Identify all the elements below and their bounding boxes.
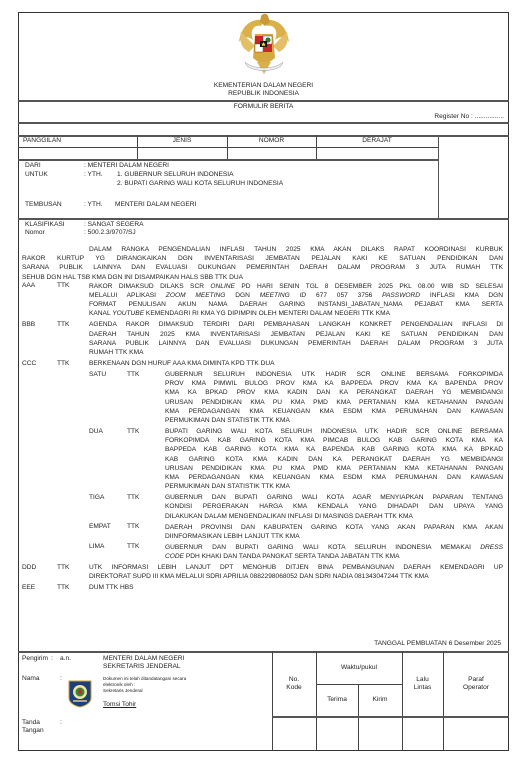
subpoint-code: DUA	[89, 428, 103, 436]
tembusan-prefix: : YTH.	[84, 201, 103, 209]
subpoint-line: URUSAN PENDIDIKAN KMA PU KMA PMD KMA PER…	[165, 464, 503, 473]
point-line: DAERAH TAHUN 2025 KMA INVENTARISASI JEMB…	[89, 330, 503, 339]
kirim-header: Kirim	[358, 696, 402, 704]
subpoint-line: GUBERNUR DAN BUPATI GARING WALI KOTA AGA…	[165, 493, 503, 502]
divider	[227, 135, 228, 159]
point-code: CCC	[22, 360, 36, 368]
point-line: RAKOR DIMAKSUD DILAKS SCR ONLINE PD HARI…	[89, 282, 503, 291]
pengirim-colon: :	[51, 655, 53, 663]
date-line: TANGGAL PEMBUATAN 6 Desember 2025	[374, 640, 501, 648]
subpoint-line: KONDISI PERGERAKAN HARGA KMA KENDALA YAN…	[165, 502, 503, 511]
point-sep: TTK	[57, 564, 69, 572]
subpoint-line: KAB GARING KOTA KMA KADIN DAN KA PERANGK…	[165, 455, 503, 464]
untuk-label: UNTUK	[25, 171, 48, 179]
esign-line3: Sekretaris Jenderal	[103, 688, 143, 694]
divider	[316, 135, 317, 159]
dari-label: DARI	[25, 162, 41, 170]
kemendagri-seal-icon	[68, 680, 92, 708]
point-line: DUM TTK HBS	[89, 583, 503, 592]
divider	[443, 651, 444, 751]
subpoint-line: DAERAH PROVINSI DAN KABUPATEN GARING KOT…	[165, 523, 503, 532]
point-sep: TTK	[57, 360, 69, 368]
divider	[18, 651, 509, 653]
subpoint-sep: TTK	[127, 543, 139, 551]
point-line: RUMAH TTK KMA	[89, 348, 503, 357]
intro-line: SARANA PUBLIK LAINNYA DAN EVALUASI DUKUN…	[22, 263, 503, 272]
tembusan-label: TEMBUSAN	[25, 201, 62, 209]
point-sep: TTK	[57, 282, 69, 290]
point-line: KANAL YOUTUBE KEMENDAGRI RI KMA YG DIPIM…	[89, 309, 503, 318]
subpoint-sep: TTK	[127, 428, 139, 436]
terima-header: Terima	[316, 696, 358, 704]
point-code: EEE	[22, 584, 35, 592]
point-line: SARANA PUBLIK LAINNYA DAN EVALUASI DUKUN…	[89, 339, 503, 348]
untuk-prefix: : YTH.	[84, 171, 103, 179]
divider	[18, 100, 509, 102]
point-code: BBB	[22, 321, 35, 329]
col-panggilan: PANGGILAN	[23, 137, 61, 145]
intro-line: DALAM RANGKA PENGENDALIAN INFLASI TAHUN …	[89, 245, 503, 254]
untuk-item: 2. BUPATI GARING WALI KOTA SELURUH INDON…	[117, 180, 283, 188]
subpoint-line: PERMUKIMAN DAN STATISTIK TTK KMA	[165, 416, 503, 425]
pengirim-line2: SEKRETARIS JENDERAL	[103, 663, 181, 671]
no-kode-header: No.	[272, 676, 316, 684]
col-derajat: DERAJAT	[316, 137, 438, 145]
subpoint-line: DIINFORMASIKAN LEBIH LANJUT TTK KMA	[165, 532, 503, 541]
subpoint-code: TIGA	[89, 494, 104, 502]
divider	[137, 135, 138, 159]
intro-line: SEHUB DGN HAL TSB KMA DGN INI DISAMPAIKA…	[22, 273, 503, 282]
esign-line1: Dokumen ini telah ditandatangani secara	[103, 676, 186, 682]
col-jenis: JENIS	[137, 137, 227, 145]
esign-line2: elektronik oleh :	[103, 682, 135, 688]
subpoint-code: LIMA	[89, 543, 104, 551]
klasifikasi-label: KLASIFIKASI	[25, 221, 65, 229]
dari-value: : MENTERI DALAM NEGERI	[84, 162, 169, 170]
point-line: UTK INFORMASI LEBIH LANJUT DPT MENGHUB D…	[89, 563, 503, 572]
point-code: AAA	[22, 282, 35, 290]
divider	[18, 122, 509, 124]
subpoint-sep: TTK	[127, 371, 139, 379]
untuk-item: 1. GUBERNUR SELURUH INDONESIA	[117, 171, 234, 179]
nama-colon: :	[60, 675, 62, 683]
nomor-label: Nomor	[25, 229, 45, 237]
waktu-header: Waktu/pukul	[316, 664, 402, 672]
garuda-emblem-icon	[233, 12, 295, 80]
divider	[18, 218, 509, 220]
subpoint-code: SATU	[89, 371, 106, 379]
pengirim-label: Pengirim	[22, 655, 48, 663]
nama-label: Nama	[22, 675, 40, 683]
col-nomor: NOMOR	[227, 137, 316, 145]
klasifikasi-value: : SANGAT SEGERA	[84, 221, 143, 229]
point-line: MELALUI APLIKASI ZOOM MEETING DGN MEETIN…	[89, 291, 503, 300]
point-code: DDD	[22, 564, 36, 572]
paraf-header: Operator	[443, 684, 509, 692]
no-kode-header: Kode	[272, 684, 316, 692]
subpoint-line: URUSAN PENDIDIKAN KMA PU KMA PMD KMA PER…	[165, 398, 503, 407]
divider	[272, 651, 273, 751]
pengirim-line1: MENTERI DALAM NEGERI	[103, 655, 184, 663]
paraf-header: Paraf	[443, 676, 509, 684]
intro-line: RAKOR KURTUP YG DIRANGKAIKAN DGN INVENTA…	[22, 254, 503, 263]
point-sep: TTK	[57, 321, 69, 329]
divider	[18, 159, 438, 161]
subpoint-line: GUBERNUR SELURUH INDONESIA UTK HADIR SCR…	[165, 370, 503, 379]
point-sep: TTK	[57, 584, 69, 592]
subpoint-line: BAPPEDA KAB GARING KOTA KMA KA BAPENDA K…	[165, 445, 503, 454]
divider	[402, 651, 403, 751]
lalu-lintas-header: Lintas	[402, 684, 443, 692]
subpoint-sep: TTK	[127, 494, 139, 502]
divider	[316, 684, 402, 685]
point-line: AGENDA RAKOR DIMAKSUD TERDIRI DARI PEMBA…	[89, 320, 503, 329]
pengirim-an: a.n.	[60, 655, 71, 663]
subpoint-line: KMA PERDAGANGAN KMA KEUANGAN KMA ESDM KM…	[165, 407, 503, 416]
point-line: FORMAT PENULISAN AKUN NAMA DAERAH GARING…	[89, 300, 503, 309]
signer-name: Tomsi Tohir	[103, 701, 136, 709]
ttd-label: Tanda	[22, 719, 40, 727]
ministry-name: KEMENTERIAN DALAM NEGERI	[18, 82, 509, 90]
subpoint-line: PERMUKIMAN DAN STATISTIK TTK KMA	[165, 482, 503, 491]
lalu-lintas-header: Lalu	[402, 676, 443, 684]
subpoint-code: EMPAT	[89, 523, 111, 531]
subpoint-sep: TTK	[127, 523, 139, 531]
ttd-label: Tangan	[22, 727, 44, 735]
point-line: DIREKTORAT SUPD III KMA MELALUI SDRI APR…	[89, 572, 503, 581]
subpoint-line: GUBERNUR DAN BUPATI GARING WALI KOTA SEL…	[165, 543, 503, 552]
subpoint-line: DILAKUKAN DALAM MENGENDALIKAN INFLASI DI…	[165, 512, 503, 521]
tembusan-value: MENTERI DALAM NEGERI	[115, 201, 196, 209]
divider	[438, 135, 439, 218]
divider	[18, 147, 438, 148]
subpoint-line: KMA KA BPKAD PROV KMA KADIN DAN KA PERAN…	[165, 388, 503, 397]
subpoint-line: FORKOPIMDA KAB GARING KOTA KMA PIMCAB BU…	[165, 436, 503, 445]
subpoint-line: CODE PDH KHAKI DAN TANDA PANGKAT SERTA T…	[165, 552, 503, 561]
ttd-colon: :	[60, 719, 62, 727]
divider	[272, 716, 509, 718]
form-title: FORMULIR BERITA	[18, 103, 509, 111]
nomor-value: : 500.2.3/9707/SJ	[84, 229, 136, 237]
country-name: REPUBLIK INDONESIA	[18, 90, 509, 98]
register-number: Register No : ................	[434, 113, 504, 121]
subpoint-line: KMA PERDAGANGAN KMA KEUANGAN KMA ESDM KM…	[165, 473, 503, 482]
point-line: BERKENAAN DGN HURUF AAA KMA DIMINTA KPD …	[89, 359, 503, 368]
subpoint-line: PROV KMA PIMWIL BULOG PROV KMA KA BAPPED…	[165, 379, 503, 388]
subpoint-line: BUPATI GARING WALI KOTA SELURUH INDONESI…	[165, 427, 503, 436]
